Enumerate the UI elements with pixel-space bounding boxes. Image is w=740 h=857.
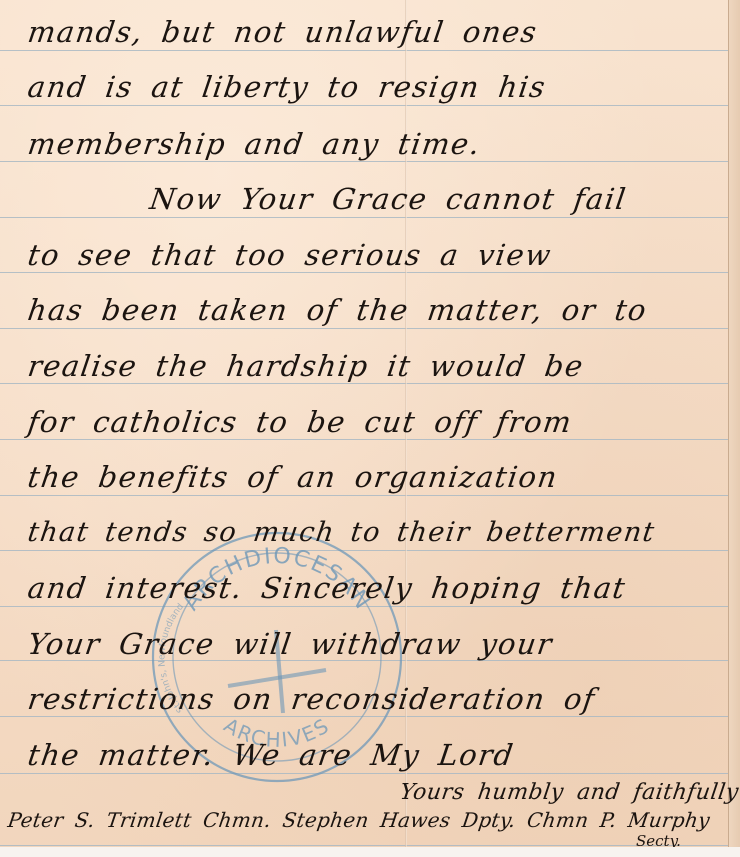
letter-line: realise the hardship it would be (26, 352, 586, 381)
ruled-line (0, 439, 728, 440)
letter-line: the benefits of an organization (26, 463, 560, 492)
ruled-line (0, 105, 728, 106)
letter-line: for catholics to be cut off from (26, 408, 574, 437)
letter-line: and interest. Sincerely hoping that (26, 574, 628, 603)
letter-line: has been taken of the matter, or to (26, 296, 649, 325)
letter-line: to see that too serious a view (26, 241, 554, 270)
letter-line: mands, but not unlawful ones (26, 18, 539, 47)
ruled-line (0, 217, 728, 218)
scan-bottom-margin (0, 847, 740, 857)
ruled-line (0, 716, 728, 717)
ruled-line (0, 495, 728, 496)
ruled-line (0, 845, 728, 846)
letter-line: Now Your Grace cannot fail (148, 185, 629, 214)
letter-line: membership and any time. (26, 130, 483, 159)
ruled-line (0, 550, 728, 551)
letter-line: and is at liberty to resign his (26, 73, 548, 102)
letter-page: ARCHDIOCESAN ARCHIVES St. John's, Newfou… (0, 0, 740, 857)
ruled-line (0, 272, 728, 273)
signature-line: Peter S. Trimlett Chmn. Stephen Hawes Dp… (7, 810, 712, 830)
ruled-line (0, 328, 728, 329)
letter-line: restrictions on reconsideration of (26, 685, 597, 714)
ruled-line (0, 161, 728, 162)
ruled-line (0, 50, 728, 51)
letter-line: that tends so much to their betterment (26, 519, 657, 546)
ruled-line (0, 773, 728, 774)
letter-line: Your Grace will withdraw your (26, 630, 555, 659)
paper-right-edge (728, 0, 740, 857)
ruled-line (0, 383, 728, 384)
ruled-line (0, 606, 728, 607)
letter-closing: Yours humbly and faithfully (398, 782, 740, 804)
letter-line: the matter. We are My Lord (26, 741, 516, 770)
